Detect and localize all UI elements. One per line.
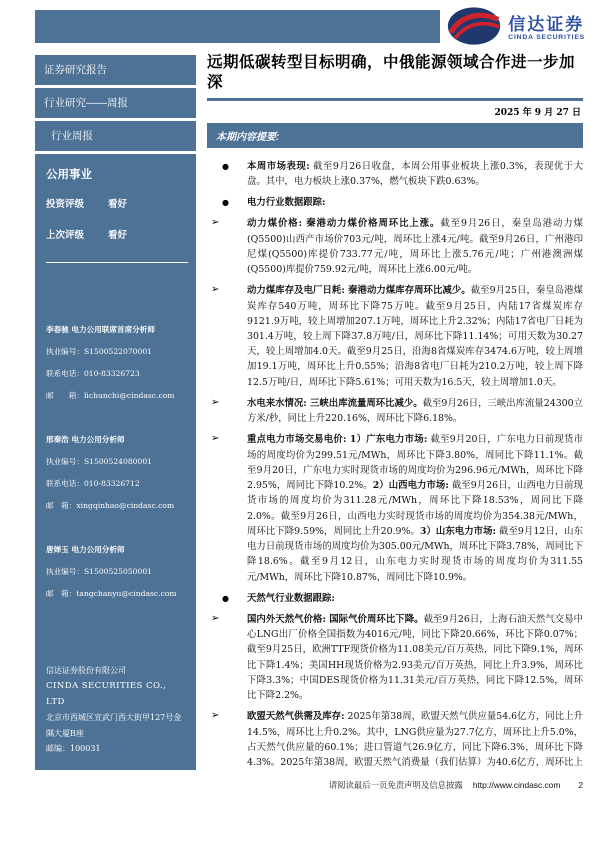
analyst-reg: 执业编号：S1500524080001 — [46, 451, 188, 473]
sidebar-box-research-type: 行业研究——周报 — [35, 88, 196, 118]
analyst-block: 邢秦浩 电力公用分析师 执业编号：S1500524080001 联系电话：010… — [46, 429, 188, 517]
bullet-text: 电力行业数据跟踪: — [247, 195, 583, 210]
bullet-disc-icon: ● — [207, 159, 247, 189]
analyst-name: 李春驰 电力公用联席首席分析师 — [46, 319, 188, 341]
company-address: 北京市西城区宣武门西大街甲127号金隅大厦B座 — [46, 710, 188, 740]
content-bullets: ● 本周市场表现: 截至9月26日收盘，本周公用事业板块上涨0.3%，表现优于大… — [207, 159, 583, 771]
sidebar: 证券研究报告 行业研究——周报 行业周报 公用事业 投资评级 看好 上次评级 看… — [35, 55, 196, 770]
analyst-reg: 执业编号：S1500522070001 — [46, 341, 188, 363]
rating-value: 看好 — [108, 196, 127, 210]
sidebar-box-report-kind: 行业周报 — [35, 121, 196, 151]
bullet-arrow-icon: ➢ — [207, 612, 247, 703]
bullet-text: 欧盟天然气供需及库存: 2025年第38周，欧盟天然气供应量54.6亿方，同比上… — [247, 709, 583, 770]
bullet-item: ➢ 动力煤价格: 秦港动力煤价格周环比上涨。截至9月26日，秦皇岛港动力煤(Q5… — [207, 216, 583, 277]
bullet-item: ➢ 动力煤库存及电厂日耗: 秦港动力煤库存周环比减少。截至9月25日，秦皇岛港煤… — [207, 283, 583, 390]
main-content: 远期低碳转型目标明确，中俄能源领域合作进一步加深 2025 年 9 月 27 日… — [207, 53, 583, 771]
bullet-item: ➢ 国内外天然气价格: 国际气价周环比下降。截至9月26日，上海石油天然气交易中… — [207, 612, 583, 703]
cinda-logo-icon — [446, 5, 502, 52]
page-number: 2 — [578, 780, 583, 790]
summary-bar: 本期内容提要: — [207, 123, 583, 148]
analyst-email: 邮 箱：lichunchi@cindasc.com — [46, 385, 188, 407]
bullet-arrow-icon: ➢ — [207, 216, 247, 277]
report-date: 2025 年 9 月 27 日 — [207, 105, 581, 118]
bullet-item: ● 本周市场表现: 截至9月26日收盘，本周公用事业板块上涨0.3%，表现优于大… — [207, 159, 583, 189]
page-footer: 请阅读最后一页免责声明及信息披露 http://www.cindasc.com … — [207, 779, 583, 791]
analyst-reg: 执业编号：S1500525050001 — [46, 561, 188, 583]
bullet-item: ➢ 欧盟天然气供需及库存: 2025年第38周，欧盟天然气供应量54.6亿方，同… — [207, 709, 583, 770]
bullet-text: 本周市场表现: 截至9月26日收盘，本周公用事业板块上涨0.3%，表现优于大盘。… — [247, 159, 583, 189]
brand-name-en: CINDA SECURITIES — [508, 34, 585, 41]
bullet-text: 动力煤库存及电厂日耗: 秦港动力煤库存周环比减少。截至9月25日，秦皇岛港煤炭库… — [247, 283, 583, 390]
analyst-phone: 联系电话：010-83326723 — [46, 363, 188, 385]
bullet-text: 天然气行业数据跟踪: — [247, 591, 583, 606]
prev-rating-label: 上次评级 — [46, 227, 108, 241]
rating-row: 投资评级 看好 — [46, 196, 188, 210]
footer-url[interactable]: http://www.cindasc.com — [473, 780, 561, 790]
analyst-name: 邢秦浩 电力公用分析师 — [46, 429, 188, 451]
bullet-item: ● 天然气行业数据跟踪: — [207, 591, 583, 606]
bullet-arrow-icon: ➢ — [207, 709, 247, 770]
bullet-item: ➢ 重点电力市场交易电价: 1）广东电力市场: 截至9月20日，广东电力日前现货… — [207, 432, 583, 584]
company-name-cn: 信达证券股份有限公司 — [46, 663, 188, 678]
company-info: 信达证券股份有限公司 CINDA SECURITIES CO., LTD 北京市… — [46, 663, 188, 756]
bullet-item: ● 电力行业数据跟踪: — [207, 195, 583, 210]
analyst-phone: 联系电话：010-83326712 — [46, 473, 188, 495]
analyst-block: 唐婵玉 电力公用分析师 执业编号：S1500525050001 邮 箱：tang… — [46, 539, 188, 605]
prev-rating-value: 看好 — [108, 227, 127, 241]
bullet-disc-icon: ● — [207, 591, 247, 606]
bullet-text: 水电来水情况: 三峡出库流量周环比减少。截至9月26日，三峡出库流量24300立… — [247, 396, 583, 426]
analyst-name: 唐婵玉 电力公用分析师 — [46, 539, 188, 561]
bullet-text: 重点电力市场交易电价: 1）广东电力市场: 截至9月20日，广东电力日前现货市场… — [247, 432, 583, 584]
bullet-arrow-icon: ➢ — [207, 396, 247, 426]
sidebar-divider — [46, 262, 188, 263]
footer-disclaimer: 请阅读最后一页免责声明及信息披露 — [329, 779, 463, 791]
industry-name: 公用事业 — [46, 166, 188, 182]
sidebar-box-report-type: 证券研究报告 — [35, 55, 196, 85]
brand-name-cn: 信达证券 — [508, 16, 584, 35]
analyst-block: 李春驰 电力公用联席首席分析师 执业编号：S1500522070001 联系电话… — [46, 319, 188, 407]
analyst-email: 邮 箱：xingqinhao@cindasc.com — [46, 495, 188, 517]
rating-label: 投资评级 — [46, 196, 108, 210]
company-postcode: 邮编：100031 — [46, 741, 188, 756]
prev-rating-row: 上次评级 看好 — [46, 227, 188, 241]
report-page: 信达证券 CINDA SECURITIES 证券研究报告 行业研究——周报 行业… — [0, 0, 595, 841]
header-bar — [35, 10, 440, 43]
analyst-list: 李春驰 电力公用联席首席分析师 执业编号：S1500522070001 联系电话… — [46, 319, 188, 627]
brand-logo: 信达证券 CINDA SECURITIES — [446, 5, 585, 52]
bullet-item: ➢ 水电来水情况: 三峡出库流量周环比减少。截至9月26日，三峡出库流量2430… — [207, 396, 583, 426]
bullet-arrow-icon: ➢ — [207, 283, 247, 390]
analyst-email: 邮 箱：tangchanyu@cindasc.com — [46, 583, 188, 605]
company-name-en: CINDA SECURITIES CO., LTD — [46, 678, 188, 711]
bullet-arrow-icon: ➢ — [207, 432, 247, 584]
title-rule — [207, 98, 583, 101]
bullet-text: 动力煤价格: 秦港动力煤价格周环比上涨。截至9月26日，秦皇岛港动力煤(Q550… — [247, 216, 583, 277]
bullet-text: 国内外天然气价格: 国际气价周环比下降。截至9月26日，上海石油天然气交易中心L… — [247, 612, 583, 703]
sidebar-panel: 公用事业 投资评级 看好 上次评级 看好 李春驰 电力公用联席首席分析师 执业编… — [35, 154, 196, 770]
report-title: 远期低碳转型目标明确，中俄能源领域合作进一步加深 — [207, 53, 583, 93]
bullet-disc-icon: ● — [207, 195, 247, 210]
